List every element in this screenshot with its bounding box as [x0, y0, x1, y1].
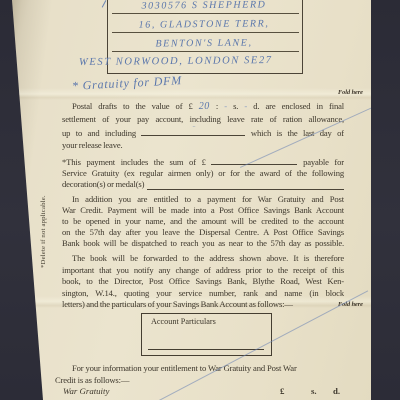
address-lane-line: BENTON'S LANE, — [107, 37, 301, 50]
document-page: 3030576 S SHEPHERD 16, GLADSTONE TERR, B… — [0, 0, 400, 400]
pen-stroke-mark — [95, 0, 107, 8]
pence-label-and-text: d. are enclosed in final — [253, 101, 344, 111]
account-blank-line — [148, 349, 264, 350]
shillings-column-header: s. — [311, 386, 317, 396]
pence-column-header: d. — [333, 386, 340, 396]
paragraph-book-forwarded-line2: important that you notify any change of … — [62, 264, 344, 276]
decorations-medals-text: decoration(s) or medal(s) — [62, 178, 144, 190]
paragraph-war-gratuity-line5: Bank book will be dispatched to reach yo… — [62, 237, 344, 249]
address-city-line: WEST NORWOOD, LONDON SE27 — [79, 55, 273, 68]
paragraph-book-forwarded-line1: The book will be forwarded to the addres… — [62, 252, 344, 264]
colon-separator: : — [216, 101, 218, 111]
date-blank-field: * — [141, 126, 245, 136]
paragraph-postal-drafts-line4: your release leave. — [62, 139, 344, 151]
entitlement-info-line2: Credit is as follows:— — [55, 374, 346, 386]
handwritten-shillings-dash: - — [224, 101, 227, 111]
address-rule-line — [112, 32, 299, 33]
war-gratuity-row-label: War Gratuity — [63, 386, 109, 396]
handwritten-pounds-value: 20 — [199, 101, 210, 112]
paragraph-postal-drafts-line3: up to and including * which is the last … — [62, 126, 344, 138]
scanned-document: 3030576 S SHEPHERD 16, GLADSTONE TERR, B… — [0, 0, 400, 400]
entitlement-info-line1: For your information your entitlement to… — [55, 362, 346, 374]
account-particulars-title: Account Particulars — [151, 317, 216, 326]
last-day-text: which is the last day of — [251, 128, 344, 138]
up-to-including-text: up to and including — [62, 128, 136, 138]
paragraph-postal-drafts-line2: settlement of your pay account, includin… — [62, 113, 344, 125]
delete-if-not-applicable-note: *Delete if not applicable. — [40, 140, 47, 268]
paragraph-book-forwarded-line3: book, to the Director, Post Office Savin… — [62, 275, 344, 287]
paragraph-postal-drafts-line1: Postal drafts to the value of £ 20 : - s… — [62, 100, 344, 112]
pounds-column-header: £ — [280, 386, 284, 396]
handwritten-asterisk: * — [191, 126, 196, 134]
address-rule-line — [112, 13, 299, 14]
paragraph-payment-line1: *This payment includes the sum of £ paya… — [62, 155, 344, 167]
payable-for-text: payable for — [303, 157, 344, 167]
fold-here-label-top: Fold here — [338, 89, 372, 96]
paragraph-payment-line2: Service Gratuity (ex regular airmen only… — [62, 167, 344, 179]
postal-drafts-text: Postal drafts to the value of £ — [72, 101, 193, 111]
payment-sum-text: *This payment includes the sum of £ — [62, 157, 206, 167]
medals-blank-field — [147, 180, 344, 190]
handwritten-pence-dash: - — [244, 101, 247, 111]
paragraph-book-forwarded-line4: sington, W.14., quoting your service num… — [62, 287, 344, 299]
address-street-line: 16, GLADSTONE TERR, — [107, 18, 301, 31]
address-rule-line — [112, 51, 299, 52]
address-name-line: 3030576 S SHEPHERD — [107, 0, 301, 12]
shillings-label: s. — [233, 101, 238, 111]
paragraph-payment-line3: decoration(s) or medal(s) — [62, 178, 344, 190]
paragraph-book-forwarded-line5: letters) and the particulars of your Sav… — [62, 298, 344, 310]
